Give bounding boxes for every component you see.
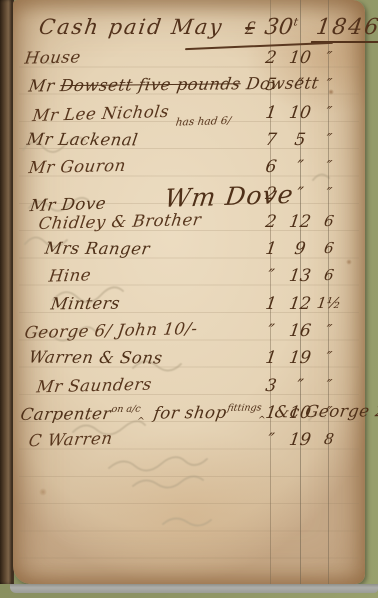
entry-name-part: Chidley & Brother: [37, 210, 202, 233]
book-binding: [0, 0, 14, 584]
pounds-value: 1: [255, 348, 288, 368]
entry-name-part: Hine: [48, 266, 93, 286]
pence-value: 8: [313, 430, 346, 448]
pence-value: 6: [313, 266, 346, 284]
header-title: Cash paid May: [37, 15, 225, 39]
entry-name-part: Carpenter: [19, 404, 112, 424]
entry-name-part: House: [24, 47, 82, 67]
pence-value: 6: [313, 212, 346, 230]
ledger-rows: House 2 10 ″ Mr Dowsett five pounds Dows…: [13, 46, 365, 455]
insertion-caret: ^: [136, 417, 146, 427]
pounds-value: ″: [255, 430, 288, 450]
page-stack-shadow: [10, 584, 378, 593]
ledger-row: Hine ″ 13 6: [13, 264, 365, 291]
ledger-row: Mrs Ranger 1 9 6: [13, 237, 365, 264]
entry-name: Mrs Ranger: [44, 239, 152, 259]
ledger-row: Minters 1 12 1½: [13, 292, 365, 319]
entry-name-part: Mr Gouron: [28, 156, 128, 177]
pence-value: 1½: [313, 294, 346, 312]
ledger-row: Mr Saunders 3 ″ ″: [13, 374, 365, 401]
ledger-row: Chidley & Brother 2 12 6: [13, 210, 365, 237]
pence-value: ″: [313, 376, 346, 394]
shillings-value: 12: [285, 294, 316, 314]
pence-value: ″: [313, 48, 346, 66]
pounds-value: 2: [255, 212, 288, 232]
entry-name: Mr Lee Nicholshas had 6/: [31, 99, 233, 124]
pence-value: ″: [313, 184, 346, 202]
entry-name-part: Mr Saunders: [36, 374, 154, 396]
shillings-value: 5: [285, 130, 316, 150]
ledger-row: Mr Lackenal 7 5 ″: [13, 128, 365, 155]
pounds-value: 1: [255, 294, 288, 314]
shillings-value: ″: [285, 75, 316, 95]
pence-value: ″: [313, 103, 346, 121]
pence-value: ″: [313, 403, 346, 421]
ledger-photo: Cash paid May₤30t1846) House 2 10 ″ Mr D…: [0, 0, 378, 598]
entry-name: Mr Gouron: [28, 156, 128, 177]
pounds-value: 2: [255, 48, 288, 68]
ledger-row: C Warren ″ 19 8: [13, 428, 365, 455]
header-day-number: 30: [263, 15, 295, 40]
entry-name: Minters: [50, 293, 122, 313]
entry-name: George 6/ John 10/-: [23, 319, 198, 342]
shillings-value: 13: [285, 266, 316, 286]
entry-name-part: Dowsett five pounds: [59, 75, 242, 96]
entry-name-part: George 6/ John 10/-: [23, 319, 198, 342]
entry-name: Mr Lackenal: [26, 130, 140, 150]
shillings-value: 19: [285, 430, 316, 450]
header-day: 30t: [263, 15, 299, 40]
entry-name-part: Mr: [27, 76, 61, 95]
header-day-suffix: t: [293, 16, 299, 29]
ledger-row: George 6/ John 10/- ″ 16 ″: [13, 319, 365, 346]
entry-name-part: has had 6/: [175, 114, 232, 128]
entry-name: Mr Saunders: [36, 374, 154, 396]
entry-name-part: on a/c: [111, 404, 142, 415]
pounds-value: 6: [255, 157, 288, 177]
pence-value: ″: [313, 321, 346, 339]
shillings-value: 10: [285, 103, 316, 123]
entry-name-part: Mr Lackenal: [26, 130, 140, 150]
entry-name-part: Minters: [50, 293, 122, 313]
ledger-row: House 2 10 ″: [13, 46, 365, 73]
shillings-value: 19: [285, 348, 316, 368]
pounds-value: 3: [255, 376, 288, 396]
entry-name-part: Mrs Ranger: [44, 239, 152, 259]
pence-value: 6: [313, 239, 346, 257]
pounds-value: 1: [255, 103, 288, 123]
entry-name: Chidley & Brother: [37, 210, 202, 233]
ledger-row: Carpenteron a/c^ for shopfittings^ &c Ge…: [13, 401, 365, 428]
pence-value: ″: [313, 130, 346, 148]
pounds-value: 1: [255, 239, 288, 259]
pounds-value: 1: [255, 403, 288, 423]
entry-name-part: C Warren: [28, 429, 114, 451]
header-struck-text: ₤: [244, 17, 257, 39]
pounds-value: 2: [255, 184, 288, 204]
shillings-value: 12: [285, 212, 316, 232]
ledger-row: Mr Dowsett five pounds Dowsett 5 ″ ″: [13, 73, 365, 100]
entry-name-part: for shop: [147, 403, 228, 423]
header-year: 1846: [311, 15, 378, 43]
shillings-value: 10: [285, 403, 316, 423]
ledger-row: Mr Lee Nicholshas had 6/ 1 10 ″: [13, 101, 365, 128]
ledger-row: Mr Gouron 6 ″ ″: [13, 155, 365, 182]
shillings-value: ″: [285, 184, 316, 204]
entry-name-part: Mr Lee Nichols: [31, 101, 170, 124]
shillings-value: 10: [285, 48, 316, 68]
shillings-value: ″: [285, 376, 316, 396]
shillings-value: 9: [285, 239, 316, 259]
pounds-value: ″: [255, 266, 288, 286]
ledger-row: Warren & Sons 1 19 ″: [13, 346, 365, 373]
pounds-value: 7: [255, 130, 288, 150]
pounds-value: 5: [255, 75, 288, 95]
entry-name: C Warren: [28, 429, 114, 451]
pounds-value: ″: [255, 321, 288, 341]
ledger-page: Cash paid May₤30t1846) House 2 10 ″ Mr D…: [13, 0, 365, 584]
pence-value: ″: [313, 157, 346, 175]
ledger-row: Mr DoveWm Dove 2 ″ ″: [13, 182, 365, 209]
shillings-value: ″: [285, 157, 316, 177]
entry-name-part: Warren & Sons: [28, 348, 164, 368]
shillings-value: 16: [285, 321, 316, 341]
entry-name: House: [24, 47, 82, 67]
pence-value: ″: [313, 348, 346, 366]
pence-value: ″: [313, 75, 346, 93]
entry-name: Warren & Sons: [28, 348, 164, 368]
entry-name: Hine: [48, 266, 93, 286]
